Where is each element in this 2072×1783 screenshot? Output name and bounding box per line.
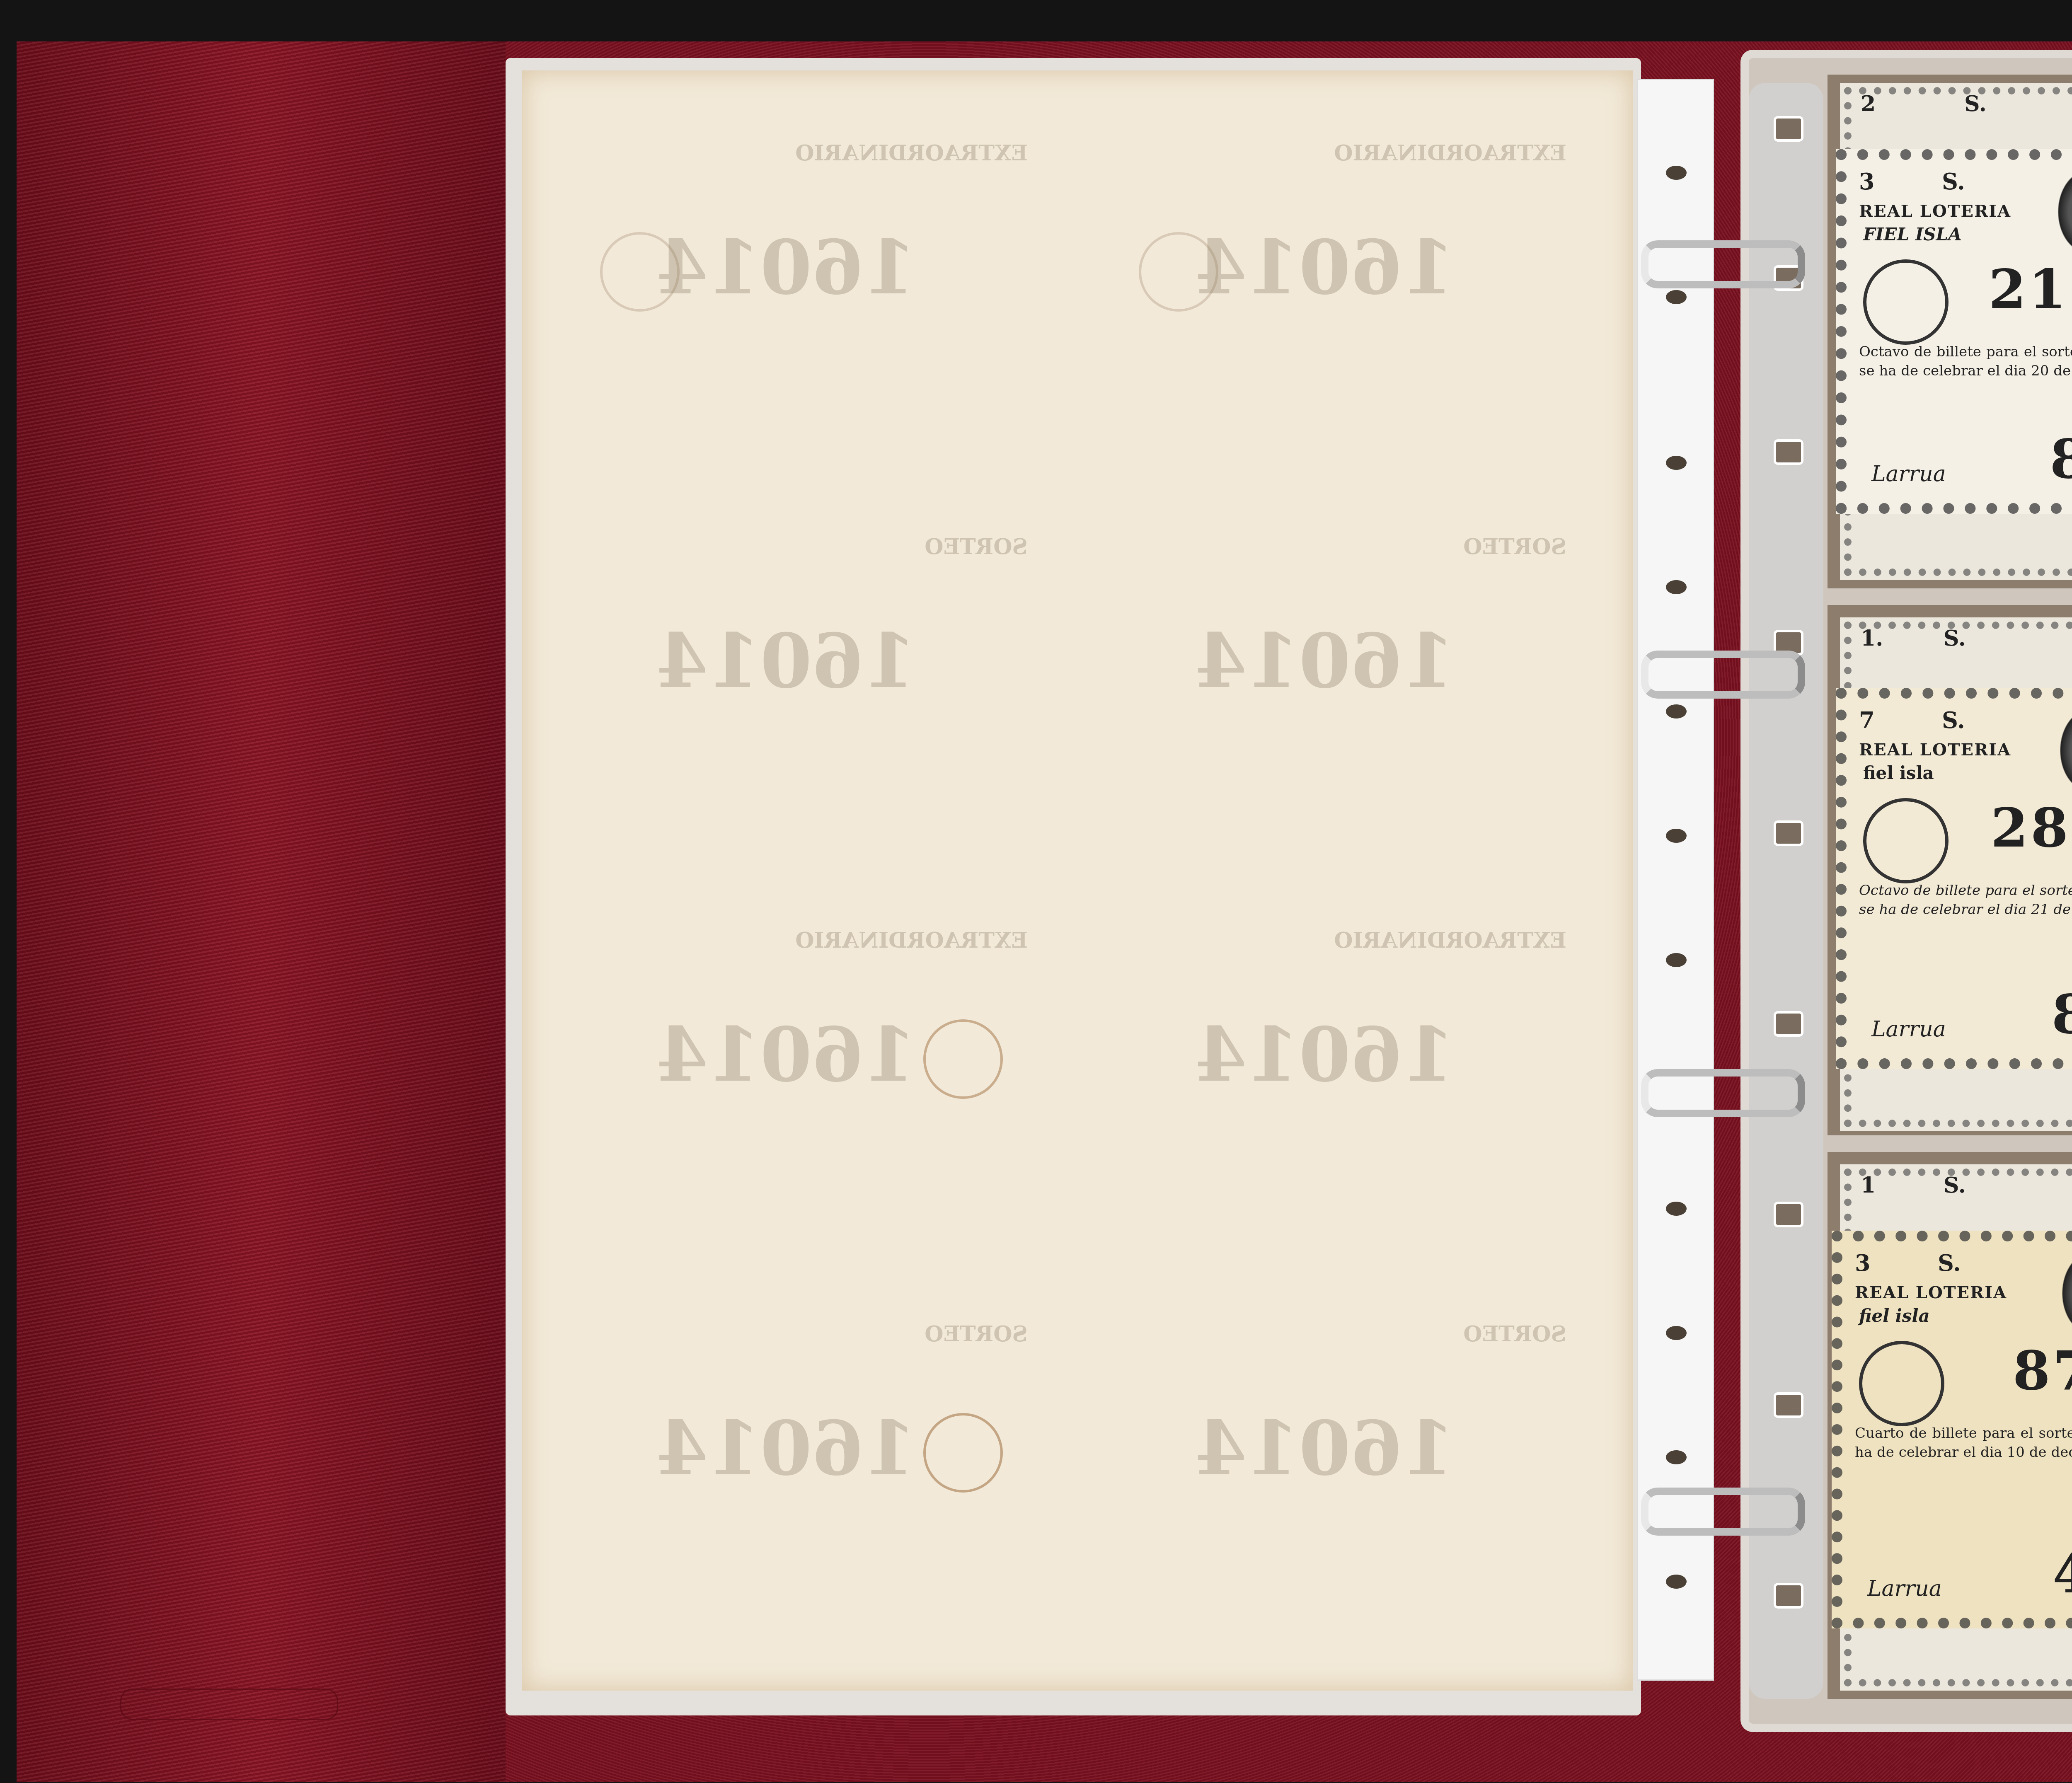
ghost-number: 16014: [1195, 1405, 1455, 1492]
punch-hole: [1666, 580, 1687, 594]
punch-hole: [1666, 1450, 1687, 1464]
punch-hole: [1666, 704, 1687, 719]
sleeve-hole: [1774, 1392, 1803, 1418]
ticket-number: 28235: [1847, 796, 2072, 859]
sleeve-hole: [1774, 1583, 1803, 1609]
ticket-series: 3: [1859, 168, 1875, 195]
ghost-number: 16014: [1195, 1011, 1455, 1098]
ticket-fraction: 8: [2050, 427, 2072, 491]
sleeve-hole: [1774, 1202, 1803, 1227]
ticket-subtitle-left: fiel isla: [1863, 763, 1934, 783]
ticket-s: S.: [1944, 626, 1966, 651]
ticket-title-left: REAL LOTERIA: [1859, 740, 2011, 760]
royal-crest-icon: [2055, 703, 2072, 798]
sleeve-hole: [1774, 820, 1803, 846]
ghost-header: EXTRAORDINARIO: [795, 137, 1028, 170]
royal-crest-icon: [2053, 164, 2072, 259]
ghost-number: 16014: [1195, 617, 1455, 705]
ghost-number: 16014: [656, 224, 916, 311]
seal-icon: [923, 1413, 1003, 1493]
album-front-cover: [17, 41, 506, 1782]
lottery-ticket-8735: 3 S. 361. REAL LOTERIA fiel isla DE LA S…: [1832, 1231, 2072, 1628]
sleeve-binding-strip: [1749, 83, 1823, 1699]
signature: Larrua: [1871, 1017, 1946, 1042]
royal-crest-icon: [2057, 1246, 2072, 1341]
ghost-ticket: EXTRAORDINARIO 16014: [539, 883, 1053, 1256]
ghost-number: 16014: [656, 1405, 916, 1492]
ticket-series: 1.: [1861, 626, 1883, 651]
punch-hole: [1666, 456, 1687, 470]
ghost-header: SORTEO: [925, 1318, 1028, 1351]
ticket-fraction: 4: [2053, 1542, 2072, 1605]
binder-ring: [1641, 240, 1805, 288]
ticket-title-left: REAL LOTERIA: [1859, 201, 2011, 221]
lottery-ticket-21690: 3 S. 367. REAL LOTERIA FIEL ISLA DE LA S…: [1836, 149, 2072, 514]
ticket-s: S.: [1942, 707, 1965, 733]
ghost-header: SORTEO: [1463, 1318, 1566, 1351]
ghost-ticket: EXTRAORDINARIO 16014: [1077, 95, 1591, 468]
sleeve-hole: [1774, 439, 1803, 465]
punched-page-strip: [1637, 79, 1714, 1681]
brand-stamp: [120, 1689, 338, 1720]
ghost-header: EXTRAORDINARIO: [795, 924, 1028, 957]
ticket-number: 8735: [1842, 1339, 2072, 1402]
punch-hole: [1666, 1202, 1687, 1216]
binder-ring: [1641, 651, 1805, 699]
ticket-number: 21690: [1847, 257, 2072, 321]
ghost-ticket: SORTEO 16014: [1077, 489, 1591, 862]
ghost-ticket: EXTRAORDINARIO 16014: [1077, 883, 1591, 1256]
ticket-s: S.: [1938, 1250, 1961, 1276]
binder-ring: [1641, 1488, 1805, 1536]
ticket-text: Octavo de billete para el sorteo trescie…: [1859, 881, 2072, 919]
sleeve-hole: [1774, 116, 1803, 142]
sleeve-hole: [1774, 1011, 1803, 1037]
ticket-subtitle-left: fiel isla: [1859, 1306, 1930, 1326]
punch-hole: [1666, 953, 1687, 967]
punch-hole: [1666, 1575, 1687, 1589]
ticket-fraction: 8: [2052, 982, 2072, 1046]
ghost-number: 16014: [1195, 224, 1455, 311]
ghost-ticket: SORTEO 16014: [1077, 1276, 1591, 1649]
ticket-series: 2: [1861, 91, 1876, 116]
ghost-number: 16014: [656, 1011, 916, 1098]
lottery-ticket-28235: 7 S. 351. REAL LOTERIA fiel isla DE LA S…: [1836, 688, 2072, 1069]
ghost-ticket: EXTRAORDINARIO 16014: [539, 95, 1053, 468]
ticket-series: 7: [1859, 707, 1875, 733]
signature: Larrua: [1867, 1576, 1942, 1601]
ghost-header: EXTRAORDINARIO: [1334, 137, 1566, 170]
signature: Larrua: [1871, 462, 1946, 486]
ghost-ticket: SORTEO 16014: [539, 1276, 1053, 1649]
ticket-s: S.: [1964, 91, 1987, 116]
ghost-header: SORTEO: [925, 530, 1028, 564]
uncut-ticket-sheet-reverse: EXTRAORDINARIO 16014 EXTRAORDINARIO 1601…: [522, 70, 1633, 1691]
seal-icon: [600, 232, 680, 312]
ticket-series: 3: [1855, 1250, 1871, 1276]
ticket-subtitle-left: FIEL ISLA: [1863, 224, 1962, 244]
ticket-text: Cuarto de billete para el sorteo trescie…: [1855, 1424, 2072, 1462]
ticket-text: Octavo de billete para el sorteo trescie…: [1859, 342, 2072, 380]
ticket-s: S.: [1942, 168, 1965, 195]
punch-hole: [1666, 290, 1687, 304]
ghost-header: EXTRAORDINARIO: [1334, 924, 1566, 957]
ghost-ticket: SORTEO 16014: [539, 489, 1053, 862]
punch-hole: [1666, 1326, 1687, 1340]
ticket-title-left: REAL LOTERIA: [1855, 1283, 2007, 1302]
ticket-series: 1: [1861, 1173, 1876, 1198]
punch-hole: [1666, 166, 1687, 180]
ticket-s: S.: [1944, 1173, 1966, 1198]
punch-hole: [1666, 829, 1687, 843]
ghost-number: 16014: [656, 617, 916, 705]
binder-ring: [1641, 1069, 1805, 1117]
ghost-header: SORTEO: [1463, 530, 1566, 564]
seal-icon: [923, 1019, 1003, 1099]
seal-icon: [1139, 232, 1218, 312]
